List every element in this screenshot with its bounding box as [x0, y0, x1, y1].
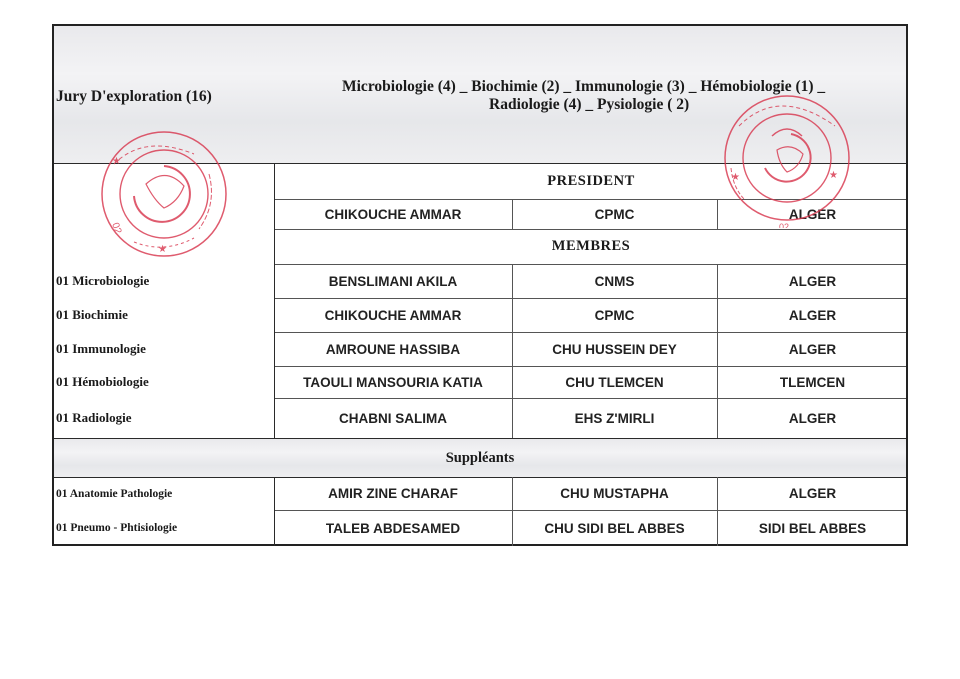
substitutes-section-label: Suppléants — [54, 439, 906, 477]
jury-table: Jury D'exploration (16) Microbiologie (4… — [52, 24, 908, 546]
member-institution: CHU TLEMCEN — [512, 366, 717, 398]
sub-name: AMIR ZINE CHARAF — [274, 477, 512, 510]
disciplines-line-2: Radiologie (4) _ Pysiologie ( 2) — [489, 96, 689, 114]
members-section-label: MEMBRES — [274, 229, 908, 264]
member-city: ALGER — [717, 298, 908, 332]
sub-name: TALEB ABDESAMED — [274, 510, 512, 546]
svg-text:★: ★ — [158, 244, 167, 255]
sub-city: SIDI BEL ABBES — [717, 510, 908, 546]
member-specialty: 01 Radiologie — [54, 398, 272, 438]
member-name: TAOULI MANSOURIA KATIA — [274, 366, 512, 398]
member-city: TLEMCEN — [717, 366, 908, 398]
sub-institution: CHU MUSTAPHA — [512, 477, 717, 510]
sub-specialty: 01 Pneumo - Phtisiologie — [54, 510, 272, 546]
member-specialty: 01 Biochimie — [54, 298, 272, 332]
member-name: AMROUNE HASSIBA — [274, 332, 512, 366]
member-institution: CPMC — [512, 298, 717, 332]
member-institution: CHU HUSSEIN DEY — [512, 332, 717, 366]
president-city: ALGER — [717, 199, 908, 229]
jury-label: Jury D'exploration (16) — [56, 88, 212, 106]
president-institution: CPMC — [512, 199, 717, 229]
member-name: CHABNI SALIMA — [274, 398, 512, 438]
disciplines-line-1: Microbiologie (4) _ Biochimie (2) _ Immu… — [342, 78, 825, 96]
member-specialty: 01 Immunologie — [54, 332, 272, 366]
sub-specialty: 01 Anatomie Pathologie — [54, 477, 272, 510]
president-name: CHIKOUCHE AMMAR — [274, 199, 512, 229]
member-specialty: 01 Microbiologie — [54, 264, 272, 298]
sub-institution: CHU SIDI BEL ABBES — [512, 510, 717, 546]
sub-city: ALGER — [717, 477, 908, 510]
member-city: ALGER — [717, 264, 908, 298]
svg-text:02: 02 — [109, 221, 123, 236]
member-specialty: 01 Hémobiologie — [54, 366, 272, 398]
member-city: ALGER — [717, 398, 908, 438]
member-name: BENSLIMANI AKILA — [274, 264, 512, 298]
member-institution: CNMS — [512, 264, 717, 298]
president-section-label: PRESIDENT — [274, 163, 908, 199]
member-institution: EHS Z'MIRLI — [512, 398, 717, 438]
member-name: CHIKOUCHE AMMAR — [274, 298, 512, 332]
member-city: ALGER — [717, 332, 908, 366]
